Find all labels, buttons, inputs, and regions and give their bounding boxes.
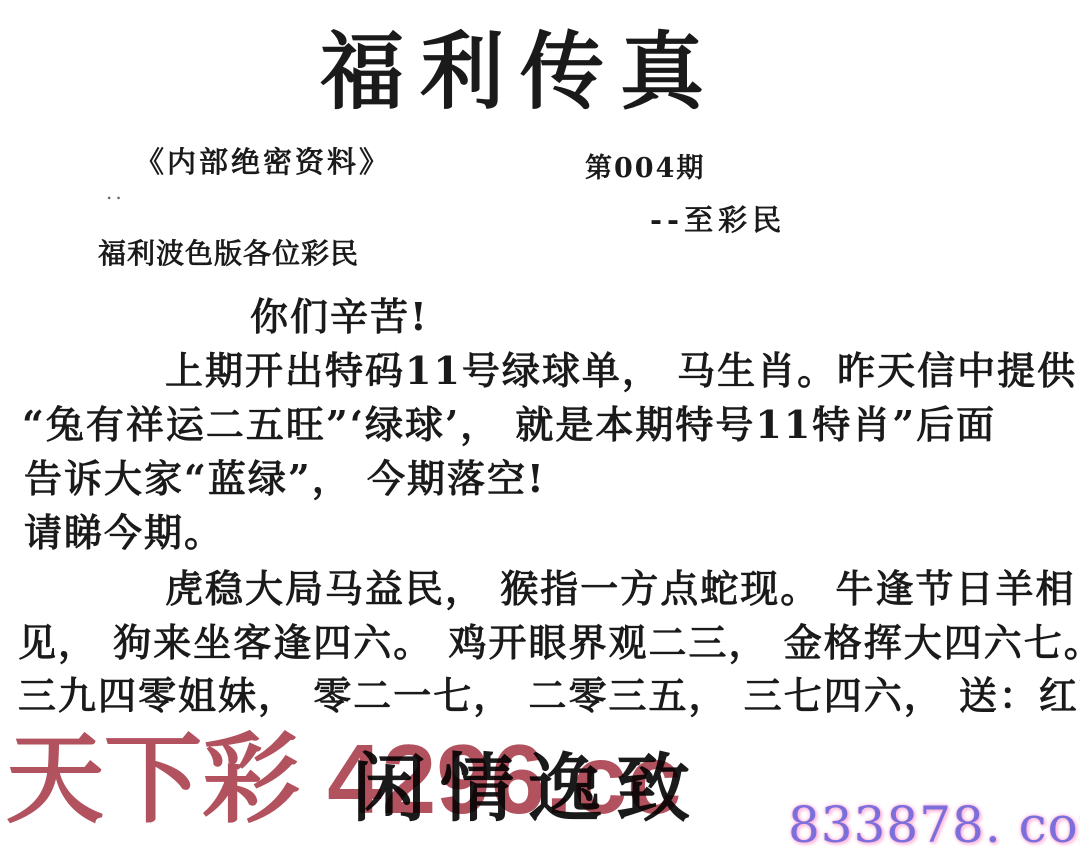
opening-line: 你们辛苦!	[250, 294, 429, 340]
stray-scan-mark: ..	[106, 180, 125, 204]
fax-document-page: 福利传真 《内部绝密资料》 第004期 .. --至彩民 福利波色版各位彩民 你…	[0, 0, 1080, 859]
paragraph1-line3: 告诉大家“蓝绿”， 今期落空!	[24, 456, 546, 502]
confidential-subtitle: 《内部绝密资料》	[135, 140, 391, 181]
dedication-line: --至彩民	[650, 198, 786, 239]
document-title: 福利传真	[0, 28, 1060, 116]
watermark-site-left: 天下彩 4296.cc	[6, 728, 681, 831]
paragraph2-line1: 虎稳大局马益民， 猴指一方点蛇现。 牛逢节日羊相	[165, 566, 1075, 612]
issue-number: 第004期	[585, 146, 705, 185]
paragraph2-line2: 见， 狗来坐客逢四六。 鸡开眼界观二三， 金格挥大四六七。	[18, 620, 1080, 666]
watermark-site-right: 833878. com	[788, 796, 1080, 854]
paragraph2-line3: 三九四零姐妹， 零二一七， 二零三五， 三七四六， 送：红蓝	[18, 673, 1080, 719]
paragraph1-line1: 上期开出特码11号绿球单， 马生肖。昨天信中提供	[165, 348, 1077, 394]
salutation-line: 福利波色版各位彩民	[98, 232, 359, 272]
paragraph1-line2: “兔有祥运二五旺”‘绿球’， 就是本期特号11特肖”后面	[22, 402, 996, 448]
request-line: 请睇今期。	[24, 510, 224, 556]
